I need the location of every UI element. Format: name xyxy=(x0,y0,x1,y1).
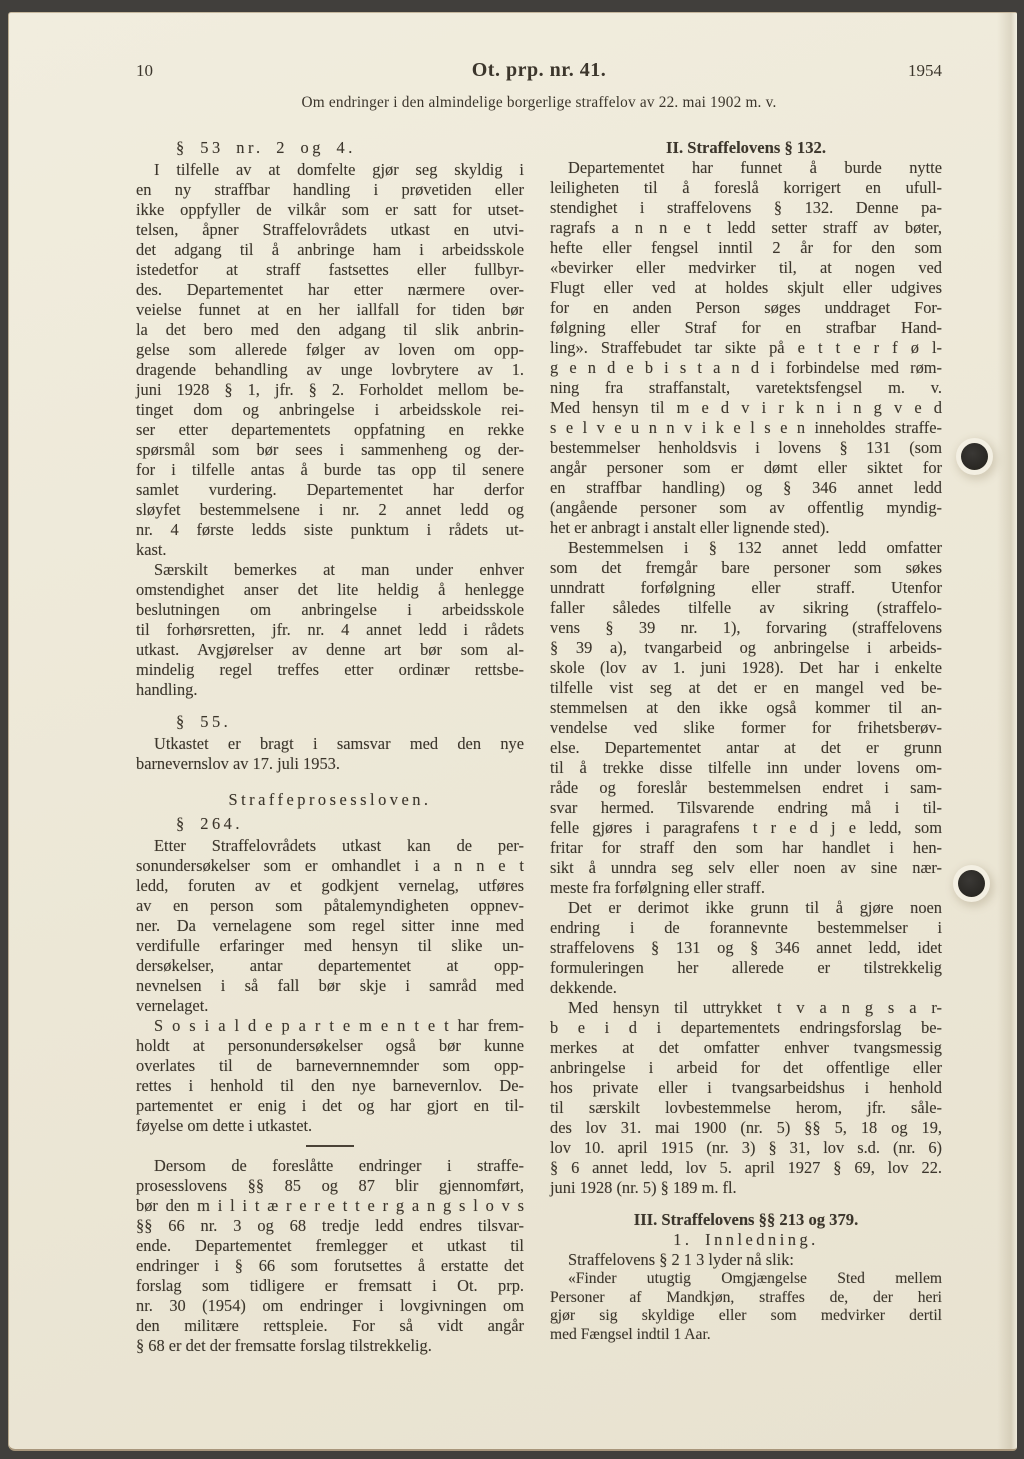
paragraph: Straffelovens § 2 1 3 lyder nå slik: xyxy=(550,1250,942,1270)
paragraph: Med hensyn til uttrykket t v a n g s a r… xyxy=(550,998,942,1198)
text-line: «bevirker eller medvirker til, at nogen … xyxy=(550,258,942,278)
scanned-page: 10 Ot. prp. nr. 41. 1954 Om endringer i … xyxy=(8,12,1017,1451)
document-title: Ot. prp. nr. 41. xyxy=(472,59,607,82)
scan-background: { "colors":{"paper":"#ece7d6","ink":"#3c… xyxy=(0,0,1024,1459)
section-heading: Straffeprosessloven. xyxy=(136,790,524,810)
page-number: 10 xyxy=(136,61,472,81)
text-line: Etter Straffelovrådets utkast kan de per… xyxy=(136,836,524,856)
text-line: g e n d e b i s t a n d i forbindelse me… xyxy=(550,358,942,378)
page-content: 10 Ot. prp. nr. 41. 1954 Om endringer i … xyxy=(136,59,942,1356)
text-line: sløyfet bestemmelsene i nr. 2 annet ledd… xyxy=(136,500,524,520)
text-line: gjør sig skyldige eller som medvirker de… xyxy=(550,1307,942,1326)
text-line: tinget dom og anbringelse i arbeidsskole… xyxy=(136,400,524,420)
paragraph: Bestemmelsen i § 132 annet ledd omfatter… xyxy=(550,538,942,898)
text-line: som det fremgår bare personer som søkes xyxy=(550,558,942,578)
section-heading: III. Straffelovens §§ 213 og 379. xyxy=(550,1210,942,1230)
text-line: Dersom de foreslåtte endringer i straffe… xyxy=(136,1156,524,1176)
text-line: § 39 a), tvangarbeid og anbringelse i ar… xyxy=(550,638,942,658)
right-column: II. Straffelovens § 132.Departementet ha… xyxy=(550,138,942,1356)
text-line: Personer af Mandkjøn, straffes de, der h… xyxy=(550,1289,942,1308)
text-line: stendighet i straffelovens § 132. Denne … xyxy=(550,198,942,218)
document-year: 1954 xyxy=(606,61,942,81)
text-line: nr. 4 første ledds siste punktum i rådet… xyxy=(136,520,524,540)
text-line: bestemmelser henholdsvis i lovens § 131 … xyxy=(550,438,942,458)
text-line: handling. xyxy=(136,680,524,700)
text-line: ser etter departementets oppfatning en r… xyxy=(136,420,524,440)
text-line: råde og foreslår bestemmelsen endret i s… xyxy=(550,778,942,798)
text-line: des lov 31. mai 1900 (nr. 5) §§ 5, 18 og… xyxy=(550,1118,942,1138)
text-line: Særskilt bemerkes at man under enhver xyxy=(136,560,524,580)
text-line: det adgang til å anbringe ham i arbeidss… xyxy=(136,240,524,260)
section-divider xyxy=(306,1145,354,1147)
text-line: rettes i henhold til den nye barnevernlo… xyxy=(136,1076,524,1096)
text-line: dersøkelser, antar departementet at opp- xyxy=(136,956,524,976)
text-line: av en person som påtalemyndigheten oppne… xyxy=(136,896,524,916)
text-line: faller således tilfelle av sikring (stra… xyxy=(550,598,942,618)
section-heading: § 264. xyxy=(136,814,524,834)
punch-hole-bottom xyxy=(958,870,985,897)
text-line: hos private eller i tvangsarbeidshus i h… xyxy=(550,1078,942,1098)
text-line: kast. xyxy=(136,540,524,560)
section-heading: II. Straffelovens § 132. xyxy=(550,138,942,158)
text-line: mindelig regel treffes etter ordinær ret… xyxy=(136,660,524,680)
text-line: ning fra straffanstalt, varetektsfengsel… xyxy=(550,378,942,398)
text-columns: § 53 nr. 2 og 4.I tilfelle av at domfelt… xyxy=(136,138,942,1356)
text-line: den militære rettspleie. For så vidt ang… xyxy=(136,1316,524,1336)
paragraph: Det er derimot ikke grunn til å gjøre no… xyxy=(550,898,942,998)
text-line: la det bero med den adgang til slik anbr… xyxy=(136,320,524,340)
paragraph: Etter Straffelovrådets utkast kan de per… xyxy=(136,836,524,1016)
text-line: else. Departementet antar at det er grun… xyxy=(550,738,942,758)
paragraph: Utkastet er bragt i samsvar med den nyeb… xyxy=(136,734,524,774)
text-line: prosesslovens §§ 85 og 87 blir gjennomfø… xyxy=(136,1176,524,1196)
text-line: en ny straffbar handling i prøvetiden el… xyxy=(136,180,524,200)
text-line: lov 10. april 1915 (nr. 3) § 31, lov s.d… xyxy=(550,1138,942,1158)
text-line: for i tilfelle antas å burde tas opp til… xyxy=(136,460,524,480)
paragraph: Særskilt bemerkes at man under enhveroms… xyxy=(136,560,524,700)
text-line: meste fra forfølgning eller straff. xyxy=(550,878,942,898)
text-line: ner. Da vernelagene som regel sitter inn… xyxy=(136,916,524,936)
left-column: § 53 nr. 2 og 4.I tilfelle av at domfelt… xyxy=(136,138,524,1356)
text-line: med Fængsel indtil 1 Aar. xyxy=(550,1326,942,1345)
text-line: spørsmål som bør sees i sammenheng og de… xyxy=(136,440,524,460)
text-line: ragrafs a n n e t ledd setter straff av … xyxy=(550,218,942,238)
text-line: samlet vurdering. Departementet har derf… xyxy=(136,480,524,500)
text-line: I tilfelle av at domfelte gjør seg skyld… xyxy=(136,160,524,180)
text-line: til forhørsretten, jfr. nr. 4 annet ledd… xyxy=(136,620,524,640)
text-line: Med hensyn til uttrykket t v a n g s a r… xyxy=(550,998,942,1018)
text-line: sonundersøkelser som er omhandlet i a n … xyxy=(136,856,524,876)
text-line: endring i de forannevnte bestemmelser i xyxy=(550,918,942,938)
text-line: Bestemmelsen i § 132 annet ledd omfatter xyxy=(550,538,942,558)
text-line: verdifulle erfaringer med hensyn til sli… xyxy=(136,936,524,956)
section-heading: § 55. xyxy=(136,712,524,732)
text-line: vendelse ved slike former for frihetsber… xyxy=(550,718,942,738)
text-line: barnevernslov av 17. juli 1953. xyxy=(136,754,524,774)
text-line: følgning eller Straf for en strafbar Han… xyxy=(550,318,942,338)
text-line: utkast. Avgjørelser av denne art bør som… xyxy=(136,640,524,660)
text-line: svar hermed. Tilsvarende endring må i ti… xyxy=(550,798,942,818)
text-line: fritar for straff den som har handlet i … xyxy=(550,838,942,858)
text-line: skole (lov av 1. juni 1928). Det har i e… xyxy=(550,658,942,678)
text-line: sikt å unndra seg selv eller noen av sin… xyxy=(550,858,942,878)
text-line: Straffelovens § 2 1 3 lyder nå slik: xyxy=(550,1250,942,1270)
text-line: ledd, foruten av et godkjent vernelag, u… xyxy=(136,876,524,896)
text-line: formuleringen her allerede er tilstrekke… xyxy=(550,958,942,978)
paragraph: S o s i a l d e p a r t e m e n t e t ha… xyxy=(136,1016,524,1136)
document-subtitle: Om endringer i den almindelige borgerlig… xyxy=(136,94,942,112)
text-line: straffelovens § 131 og § 346 annet ledd,… xyxy=(550,938,942,958)
text-line: felle gjøres i paragrafens t r e d j e l… xyxy=(550,818,942,838)
text-line: juni 1928 § 1, jfr. § 2. Forholdet mello… xyxy=(136,380,524,400)
text-line: overlates til de barnevernnemnder som op… xyxy=(136,1056,524,1076)
text-line: b e i d i departementets endringsforslag… xyxy=(550,1018,942,1038)
text-line: ikke oppfyller de vilkår som er satt for… xyxy=(136,200,524,220)
text-line: angår personer som er dømt eller siktet … xyxy=(550,458,942,478)
text-line: het er anbragt i anstalt eller lignende … xyxy=(550,518,942,538)
text-line: unndratt forfølgning eller straff. Utenf… xyxy=(550,578,942,598)
text-line: til å trekke disse tilfelle inn under lo… xyxy=(550,758,942,778)
text-line: des. Departementet har etter nærmere ove… xyxy=(136,280,524,300)
text-line: (angående personer som av offentlig mynd… xyxy=(550,498,942,518)
text-line: «Finder utugtig Omgjængelse Sted mellem xyxy=(550,1270,942,1289)
text-line: for en anden Person søges unddraget For- xyxy=(550,298,942,318)
text-line: dragende behandling av unge lovbrytere a… xyxy=(136,360,524,380)
text-line: forslag som tidligere er fremsatt i Ot. … xyxy=(136,1276,524,1296)
text-line: føyelse om dette i utkastet. xyxy=(136,1116,524,1136)
text-line: bør den m i l i t æ r e r e t t e r g a … xyxy=(136,1196,524,1216)
text-line: holdt at personundersøkelser også bør ku… xyxy=(136,1036,524,1056)
punch-hole-top xyxy=(961,443,988,470)
text-line: leiligheten til å foreslå korrigert en u… xyxy=(550,178,942,198)
text-line: stemmelsen at den ikke også kommer til a… xyxy=(550,698,942,718)
text-line: tilfelle vist seg at det er en mangel ve… xyxy=(550,678,942,698)
text-line: ling». Straffebudet tar sikte på e t t e… xyxy=(550,338,942,358)
paragraph: Departementet har funnet å burde nyttele… xyxy=(550,158,942,538)
text-line: beslutningen om anbringelse i arbeidssko… xyxy=(136,600,524,620)
text-line: Utkastet er bragt i samsvar med den nye xyxy=(136,734,524,754)
text-line: nr. 30 (1954) om endringer i lovgivninge… xyxy=(136,1296,524,1316)
text-line: § 6 annet ledd, lov 5. april 1927 § 69, … xyxy=(550,1158,942,1178)
text-line: anbringelse i arbeid for det offentlige … xyxy=(550,1058,942,1078)
text-line: merkes at det omfatter enhver tvangsmess… xyxy=(550,1038,942,1058)
text-line: veielse funnet at en her iallfall for ti… xyxy=(136,300,524,320)
text-line: vernelaget. xyxy=(136,996,524,1016)
section-heading: 1. Innledning. xyxy=(550,1230,942,1250)
text-line: omstendighet anser det lite heldig å hen… xyxy=(136,580,524,600)
text-line: istedetfor at straff fastsettes eller fu… xyxy=(136,260,524,280)
text-line: Det er derimot ikke grunn til å gjøre no… xyxy=(550,898,942,918)
page-header: 10 Ot. prp. nr. 41. 1954 xyxy=(136,59,942,82)
text-line: partementet er enig i det og har gjort e… xyxy=(136,1096,524,1116)
text-line: §§ 66 nr. 3 og 68 tredje ledd endres til… xyxy=(136,1216,524,1236)
text-line: Med hensyn til m e d v i r k n i n g v e… xyxy=(550,398,942,418)
text-line: ende. Departementet fremlegger et utkast… xyxy=(136,1236,524,1256)
text-line: hefte eller fengsel inntil 2 år for den … xyxy=(550,238,942,258)
text-line: Departementet har funnet å burde nytte xyxy=(550,158,942,178)
text-line: nevnelsen i så fall bør skje i samråd me… xyxy=(136,976,524,996)
text-line: til særskilt lovbestemmelse herom, jfr. … xyxy=(550,1098,942,1118)
text-line: dekkende. xyxy=(550,978,942,998)
text-line: juni 1928 (nr. 5) § 189 m. fl. xyxy=(550,1178,942,1198)
text-line: S o s i a l d e p a r t e m e n t e t ha… xyxy=(136,1016,524,1036)
text-line: Flugt eller ved at holdes skjult eller u… xyxy=(550,278,942,298)
text-line: s e l v e u n n v i k e l s e n innehold… xyxy=(550,418,942,438)
paragraph: «Finder utugtig Omgjængelse Sted mellemP… xyxy=(550,1270,942,1344)
text-line: telsen, åpner Straffelovrådets utkast en… xyxy=(136,220,524,240)
paragraph: I tilfelle av at domfelte gjør seg skyld… xyxy=(136,160,524,560)
text-line: vens § 39 nr. 1), forvaring (straffelove… xyxy=(550,618,942,638)
paragraph: Dersom de foreslåtte endringer i straffe… xyxy=(136,1156,524,1356)
section-heading: § 53 nr. 2 og 4. xyxy=(136,138,524,158)
text-line: § 68 er det der fremsatte forslag tilstr… xyxy=(136,1336,524,1356)
text-line: en straffbar handling) og § 346 annet le… xyxy=(550,478,942,498)
text-line: endringer i § 66 som forutsettes å ersta… xyxy=(136,1256,524,1276)
text-line: gelse som allerede følger av loven om op… xyxy=(136,340,524,360)
